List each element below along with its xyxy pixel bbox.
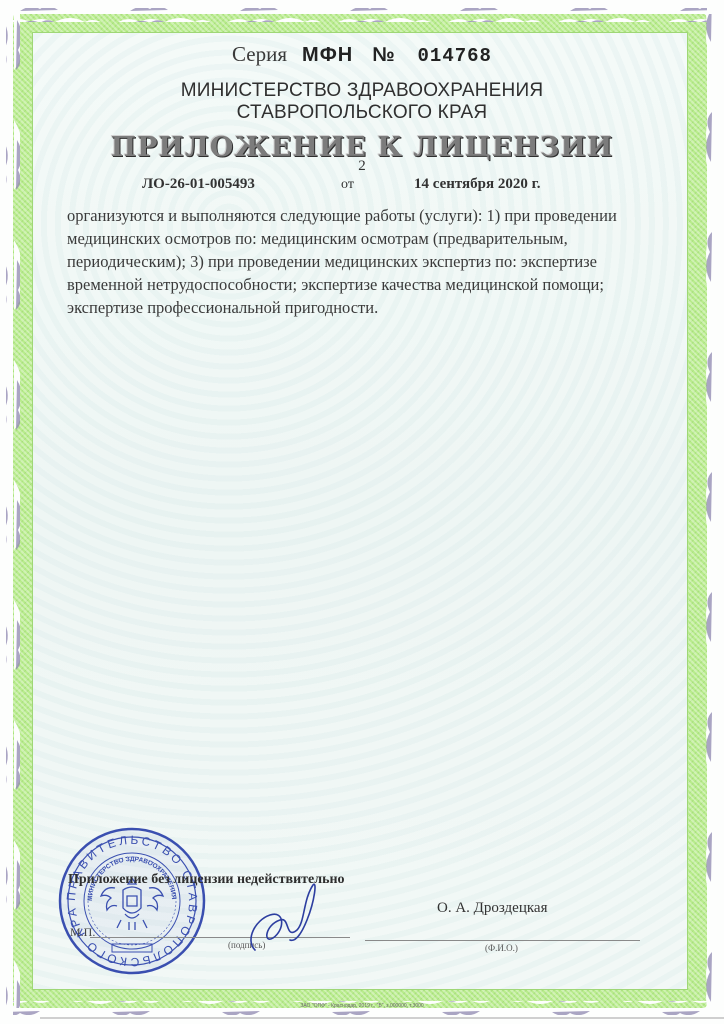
official-seal-icon: ПРАВИТЕЛЬСТВО СТАВРОПОЛЬСКОГО КРАЯ МИНИС…: [57, 826, 207, 976]
body-line: медицинских осмотров по: медицинским осм…: [67, 227, 667, 250]
series-label: Серия: [232, 42, 287, 66]
license-date: 14 сентября 2020 г.: [414, 176, 541, 193]
license-from-label: от: [341, 177, 354, 193]
license-number: ЛО-26-01-005493: [142, 176, 255, 193]
name-caption: (Ф.И.О.): [485, 943, 518, 953]
issuing-authority: МИНИСТЕРСТВО ЗДРАВООХРАНЕНИЯ СТАВРОПОЛЬС…: [0, 80, 724, 124]
number-sign: №: [372, 44, 394, 66]
scan-edge: [40, 1017, 724, 1019]
printer-imprint: ЗАО "ОПФ" - Краснодар, 2019 г., "Б", з.0…: [0, 1003, 724, 1009]
handwritten-signature-icon: [245, 880, 325, 955]
series-code: МФН: [302, 44, 353, 66]
ministry-line-1: МИНИСТЕРСТВО ЗДРАВООХРАНЕНИЯ: [0, 80, 724, 102]
series-number-line: Серия МФН № 014768: [0, 42, 724, 67]
body-line: временной нетрудоспособности; экспертизе…: [67, 273, 667, 296]
name-line: [365, 940, 640, 941]
body-line: периодическим); 3) при проведении медици…: [67, 250, 667, 273]
page-number: 2: [0, 158, 724, 175]
ministry-line-2: СТАВРОПОЛЬСКОГО КРАЯ: [0, 102, 724, 124]
body-line: экспертизе профессиональной пригодности.: [67, 296, 667, 319]
body-line: организуются и выполняются следующие раб…: [67, 204, 667, 227]
signer-name: О. А. Дроздецкая: [437, 900, 548, 917]
series-number: 014768: [418, 45, 492, 67]
services-description: организуются и выполняются следующие раб…: [67, 204, 667, 319]
